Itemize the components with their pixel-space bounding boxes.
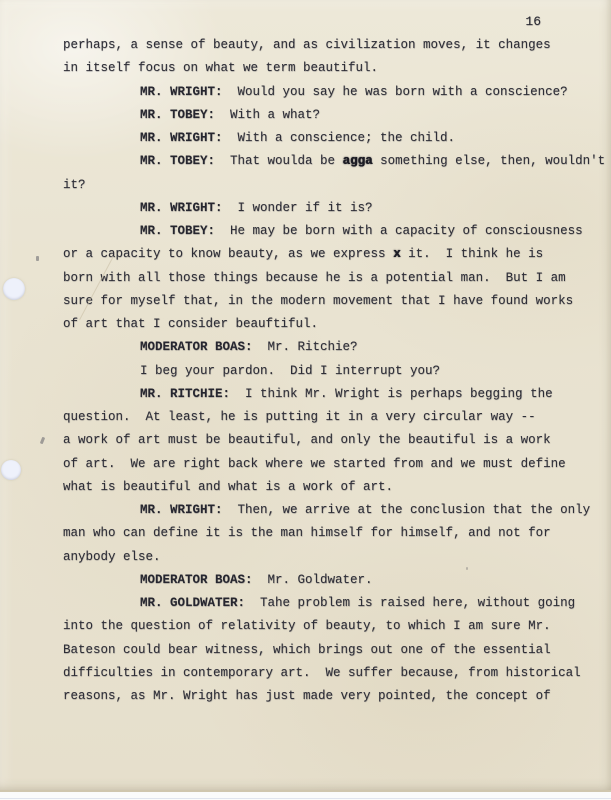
text-line: MR. WRIGHT: With a conscience; the child… (63, 127, 593, 150)
line-text: question. At least, he is putting it in … (63, 410, 536, 424)
line-text: perhaps, a sense of beauty, and as civil… (63, 38, 551, 52)
text-line: of art. We are right back where we start… (63, 453, 593, 476)
speaker-text: MR. GOLDWATER: (140, 596, 245, 610)
hole-punch-top (3, 278, 25, 300)
text-line: question. At least, he is putting it in … (63, 406, 593, 429)
line-text: anybody else. (63, 550, 161, 564)
line-text: He may be born with a capacity of consci… (215, 224, 583, 238)
line-text: With a what? (215, 108, 320, 122)
line-text: born with all those things because he is… (63, 271, 566, 285)
text-line: I beg your pardon. Did I interrupt you? (63, 360, 593, 383)
line-text: With a conscience; the child. (223, 131, 456, 145)
line-text: I beg your pardon. Did I interrupt you? (140, 364, 440, 378)
line-text: Mr. Goldwater. (253, 573, 373, 587)
speaker-text: MODERATOR BOAS: (140, 573, 253, 587)
text-line: MODERATOR BOAS: Mr. Goldwater. (63, 569, 593, 592)
text-line: MR. TOBEY: With a what? (63, 104, 593, 127)
text-line: man who can define it is the man himself… (63, 522, 593, 545)
overstrike-text: agga (343, 154, 373, 168)
speaker-text: MR. TOBEY: (140, 224, 215, 238)
line-text: Would you say he was born with a conscie… (223, 85, 568, 99)
document-page: 16 perhaps, a sense of beauty, and as ci… (0, 0, 611, 792)
text-line: what is beautiful and what is a work of … (63, 476, 593, 499)
line-text: Then, we arrive at the conclusion that t… (223, 503, 591, 517)
line-text: a work of art must be beautiful, and onl… (63, 433, 551, 447)
paper-speck (466, 567, 468, 570)
line-text: man who can define it is the man himself… (63, 526, 551, 540)
line-text: Bateson could bear witness, which brings… (63, 643, 551, 657)
line-text: reasons, as Mr. Wright has just made ver… (63, 689, 551, 703)
line-text: I wonder if it is? (223, 201, 373, 215)
speaker-text: MR. TOBEY: (140, 154, 215, 168)
line-text: into the question of relativity of beaut… (63, 619, 551, 633)
text-line: MR. TOBEY: That woulda be agga something… (63, 150, 593, 173)
text-line: MR. TOBEY: He may be born with a capacit… (63, 220, 593, 243)
speaker-text: MODERATOR BOAS: (140, 340, 253, 354)
page-number: 16 (525, 14, 541, 29)
text-line: in itself focus on what we term beautifu… (63, 57, 593, 80)
line-text: I think Mr. Wright is perhaps begging th… (230, 387, 553, 401)
paper-speck (36, 256, 39, 261)
text-line: born with all those things because he is… (63, 267, 593, 290)
text-line: MR. WRIGHT: I wonder if it is? (63, 197, 593, 220)
line-text: That woulda be (215, 154, 343, 168)
text-line: into the question of relativity of beaut… (63, 615, 593, 638)
text-line: perhaps, a sense of beauty, and as civil… (63, 34, 593, 57)
speaker-text: MR. WRIGHT: (140, 503, 223, 517)
line-text: Mr. Ritchie? (253, 340, 358, 354)
text-line: MR. RITCHIE: I think Mr. Wright is perha… (63, 383, 593, 406)
text-line: anybody else. (63, 546, 593, 569)
line-text: of art. We are right back where we start… (63, 457, 566, 471)
line-text: in itself focus on what we term beautifu… (63, 61, 378, 75)
text-line: or a capacity to know beauty, as we expr… (63, 243, 593, 266)
speaker-text: MR. WRIGHT: (140, 85, 223, 99)
hole-punch-bottom (1, 460, 21, 480)
paper-speck (40, 437, 45, 445)
text-line: MR. WRIGHT: Then, we arrive at the concl… (63, 499, 593, 522)
line-text: it. I think he is (401, 247, 544, 261)
line-text: sure for myself that, in the modern move… (63, 294, 573, 308)
paper-bottom-edge (0, 790, 611, 792)
text-line: Bateson could bear witness, which brings… (63, 639, 593, 662)
line-text: difficulties in contemporary art. We suf… (63, 666, 581, 680)
text-line: a work of art must be beautiful, and onl… (63, 429, 593, 452)
speaker-text: MR. WRIGHT: (140, 201, 223, 215)
line-text: what is beautiful and what is a work of … (63, 480, 393, 494)
text-line: reasons, as Mr. Wright has just made ver… (63, 685, 593, 708)
line-text: it? (63, 178, 86, 192)
speaker-text: MR. RITCHIE: (140, 387, 230, 401)
line-text: Tahe problem is raised here, without goi… (245, 596, 575, 610)
text-line: MODERATOR BOAS: Mr. Ritchie? (63, 336, 593, 359)
text-line: difficulties in contemporary art. We suf… (63, 662, 593, 685)
text-line: MR. WRIGHT: Would you say he was born wi… (63, 81, 593, 104)
line-text: of art that I consider beauftiful. (63, 317, 318, 331)
text-line: sure for myself that, in the modern move… (63, 290, 593, 313)
line-text: something else, then, wouldn't (373, 154, 606, 168)
overstrike-text: x (393, 247, 401, 261)
speaker-text: MR. TOBEY: (140, 108, 215, 122)
page-lines: perhaps, a sense of beauty, and as civil… (63, 34, 593, 708)
text-line: it? (63, 174, 593, 197)
text-line: MR. GOLDWATER: Tahe problem is raised he… (63, 592, 593, 615)
paper-speck (509, 440, 511, 442)
speaker-text: MR. WRIGHT: (140, 131, 223, 145)
line-text: or a capacity to know beauty, as we expr… (63, 247, 393, 261)
text-line: of art that I consider beauftiful. (63, 313, 593, 336)
